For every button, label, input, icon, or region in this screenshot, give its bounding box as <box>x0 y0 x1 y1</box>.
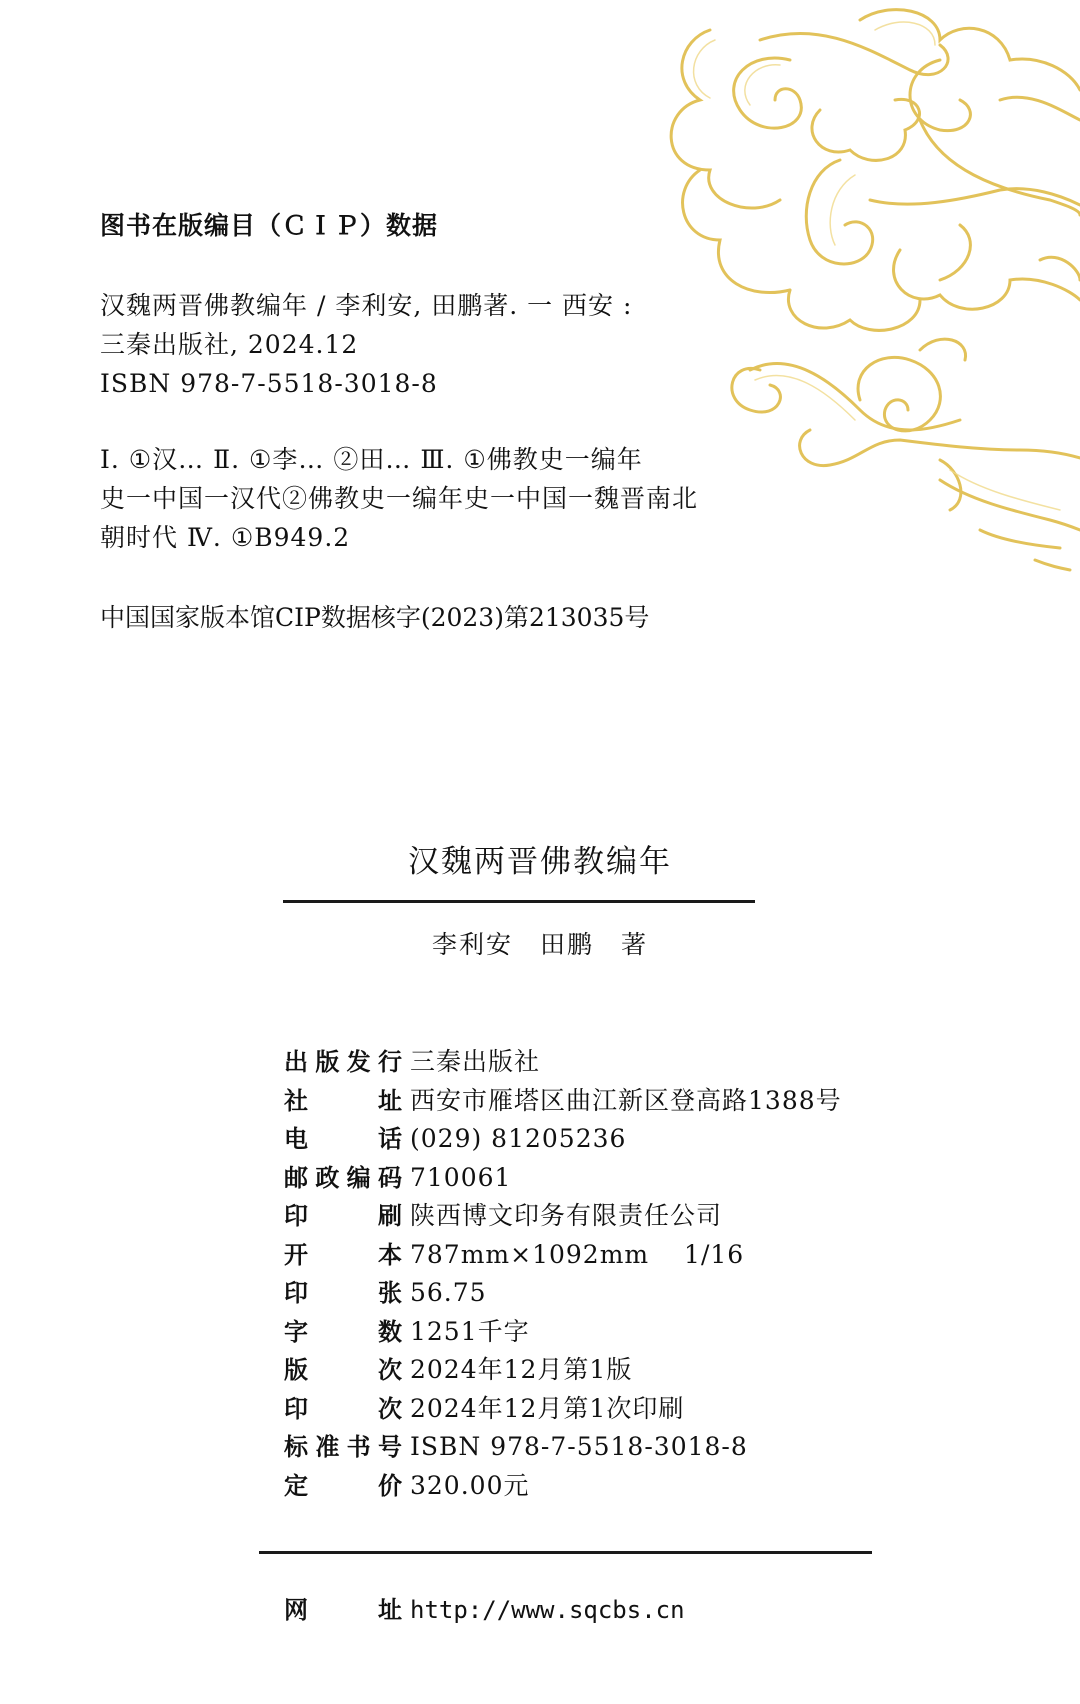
info-row-printer: 印刷 陕西博文印务有限责任公司 <box>284 1196 842 1235</box>
footer-divider <box>259 1551 872 1554</box>
info-row-word-count: 字数 1251千字 <box>284 1312 842 1351</box>
cip-class-line: 朝时代 Ⅳ. ①B949.2 <box>100 518 698 557</box>
info-value: 56.75 <box>410 1278 487 1307</box>
info-row-sheets: 印张 56.75 <box>284 1273 842 1312</box>
info-label: 开本 <box>284 1235 402 1270</box>
cip-heading: 图书在版编目（ＣＩＰ）数据 <box>100 206 438 242</box>
title-divider <box>283 900 755 903</box>
cip-record-line: 三秦出版社, 2024.12 <box>100 325 632 364</box>
book-authors: 李利安 田鹏 著 <box>0 925 1080 961</box>
info-label: 版次 <box>284 1350 402 1385</box>
info-row-isbn: 标准书号 ISBN 978-7-5518-3018-8 <box>284 1427 842 1466</box>
info-value: (029) 81205236 <box>410 1124 626 1153</box>
info-row-printing: 印次 2024年12月第1次印刷 <box>284 1389 842 1428</box>
info-value: ISBN 978-7-5518-3018-8 <box>410 1432 748 1461</box>
cip-classification: Ⅰ. ①汉… Ⅱ. ①李… ②田… Ⅲ. ①佛教史一编年 史一中国一汉代②佛教史… <box>100 440 698 557</box>
info-label: 标准书号 <box>284 1427 402 1462</box>
info-value: 1251千字 <box>410 1312 530 1348</box>
info-label: 社址 <box>284 1081 402 1116</box>
info-row-edition: 版次 2024年12月第1版 <box>284 1350 842 1389</box>
info-row-postcode: 邮政编码 710061 <box>284 1158 842 1197</box>
info-value: 陕西博文印务有限责任公司 <box>410 1196 722 1232</box>
info-row-price: 定价 320.00元 <box>284 1466 842 1505</box>
info-row-publisher: 出版发行 三秦出版社 <box>284 1042 842 1081</box>
cip-record-line: ISBN 978-7-5518-3018-8 <box>100 364 632 403</box>
cip-record-line: 汉魏两晋佛教编年 / 李利安, 田鹏著. 一 西安 : <box>100 286 632 325</box>
info-value: 787mm×1092mm 1/16 <box>410 1235 744 1271</box>
info-value: 2024年12月第1版 <box>410 1350 632 1386</box>
info-label: 字数 <box>284 1312 402 1347</box>
info-label: 网址 <box>284 1590 402 1625</box>
info-label: 印刷 <box>284 1196 402 1231</box>
info-row-phone: 电话 (029) 81205236 <box>284 1119 842 1158</box>
info-row-address: 社址 西安市雁塔区曲江新区登高路1388号 <box>284 1081 842 1120</box>
info-label: 印张 <box>284 1273 402 1308</box>
cloud-pattern-decoration <box>640 0 1080 620</box>
info-value: 三秦出版社 <box>410 1042 540 1078</box>
book-title: 汉魏两晋佛教编年 <box>0 836 1080 881</box>
info-label: 出版发行 <box>284 1042 402 1077</box>
info-label: 邮政编码 <box>284 1158 402 1193</box>
cip-approval-number: 中国国家版本馆CIP数据核字(2023)第213035号 <box>100 598 649 634</box>
info-label: 电话 <box>284 1119 402 1154</box>
cip-class-line: Ⅰ. ①汉… Ⅱ. ①李… ②田… Ⅲ. ①佛教史一编年 <box>100 440 698 479</box>
cip-record: 汉魏两晋佛教编年 / 李利安, 田鹏著. 一 西安 : 三秦出版社, 2024.… <box>100 286 632 403</box>
publication-info: 出版发行 三秦出版社 社址 西安市雁塔区曲江新区登高路1388号 电话 (029… <box>284 1042 842 1504</box>
info-value: 320.00元 <box>410 1466 529 1502</box>
info-label: 印次 <box>284 1389 402 1424</box>
website-link[interactable]: http://www.sqcbs.cn <box>410 1596 685 1624</box>
info-value: 西安市雁塔区曲江新区登高路1388号 <box>410 1081 842 1117</box>
info-label: 定价 <box>284 1466 402 1501</box>
info-value: 2024年12月第1次印刷 <box>410 1389 684 1425</box>
cip-class-line: 史一中国一汉代②佛教史一编年史一中国一魏晋南北 <box>100 479 698 518</box>
info-row-website: 网址 http://www.sqcbs.cn <box>284 1590 685 1625</box>
info-value: 710061 <box>410 1163 511 1192</box>
info-row-format: 开本 787mm×1092mm 1/16 <box>284 1235 842 1274</box>
